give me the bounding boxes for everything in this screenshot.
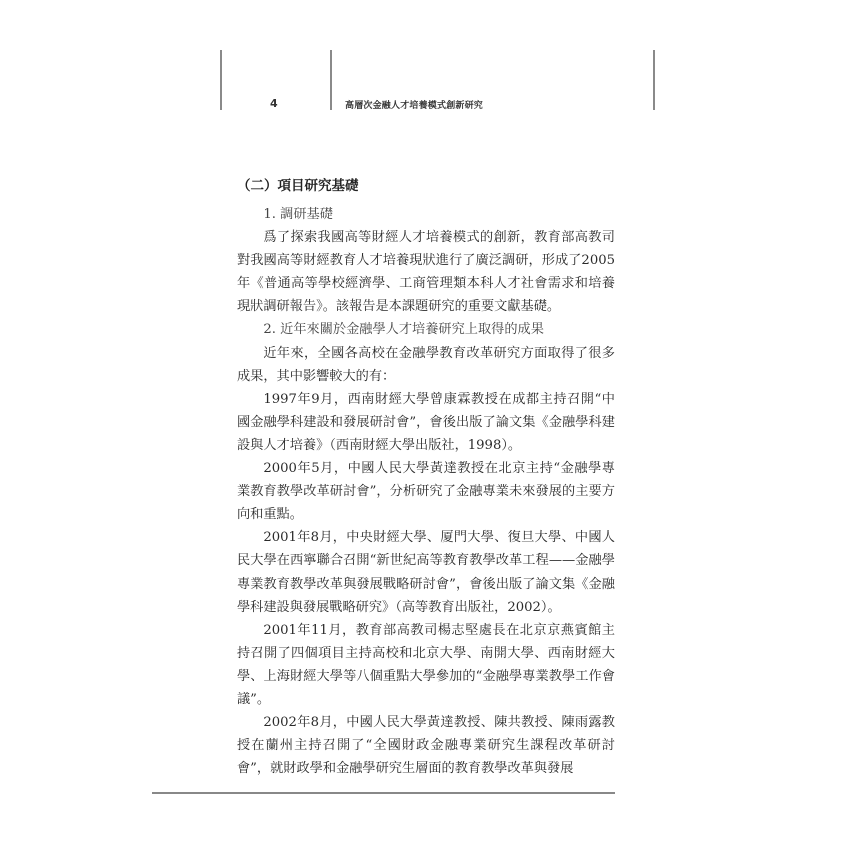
running-title: 高層次金融人才培養模式創新研究 <box>345 98 483 111</box>
footer-rule <box>152 792 615 794</box>
subheading-survey: 1. 調研基礎 <box>237 203 615 226</box>
paragraph: 爲了探索我國高等財經人才培養模式的創新，教育部高教司對我國高等財經教育人才培養現… <box>237 226 615 318</box>
paragraph: 2002年8月，中國人民大學黃達教授、陳共教授、陳雨露教授在蘭州主持召開了“全國… <box>237 711 615 780</box>
header-rule-right <box>653 50 655 110</box>
paragraph: 1997年9月，西南財經大學曾康霖教授在成都主持召開“中國金融學科建設和發展研討… <box>237 388 615 457</box>
paragraph: 2001年11月，教育部高教司楊志堅處長在北京京燕賓館主持召開了四個項目主持高校… <box>237 619 615 711</box>
paragraph: 近年來，全國各高校在金融學教育改革研究方面取得了很多成果，其中影響較大的有： <box>237 342 615 388</box>
subheading-achievements: 2. 近年來關於金融學人才培養研究上取得的成果 <box>237 318 615 341</box>
header-rule-middle <box>330 50 332 110</box>
paragraph: 2000年5月，中國人民大學黃達教授在北京主持“金融學專業教育教學改革研討會”，… <box>237 457 615 526</box>
section-heading: （二）項目研究基礎 <box>237 174 359 194</box>
page-number: 4 <box>270 97 278 110</box>
header-rule-left <box>220 50 222 110</box>
body-text: 1. 調研基礎 爲了探索我國高等財經人才培養模式的創新，教育部高教司對我國高等財… <box>237 203 615 780</box>
paragraph: 2001年8月，中央財經大學、厦門大學、復旦大學、中國人民大學在西寧聯合召開“新… <box>237 526 615 618</box>
